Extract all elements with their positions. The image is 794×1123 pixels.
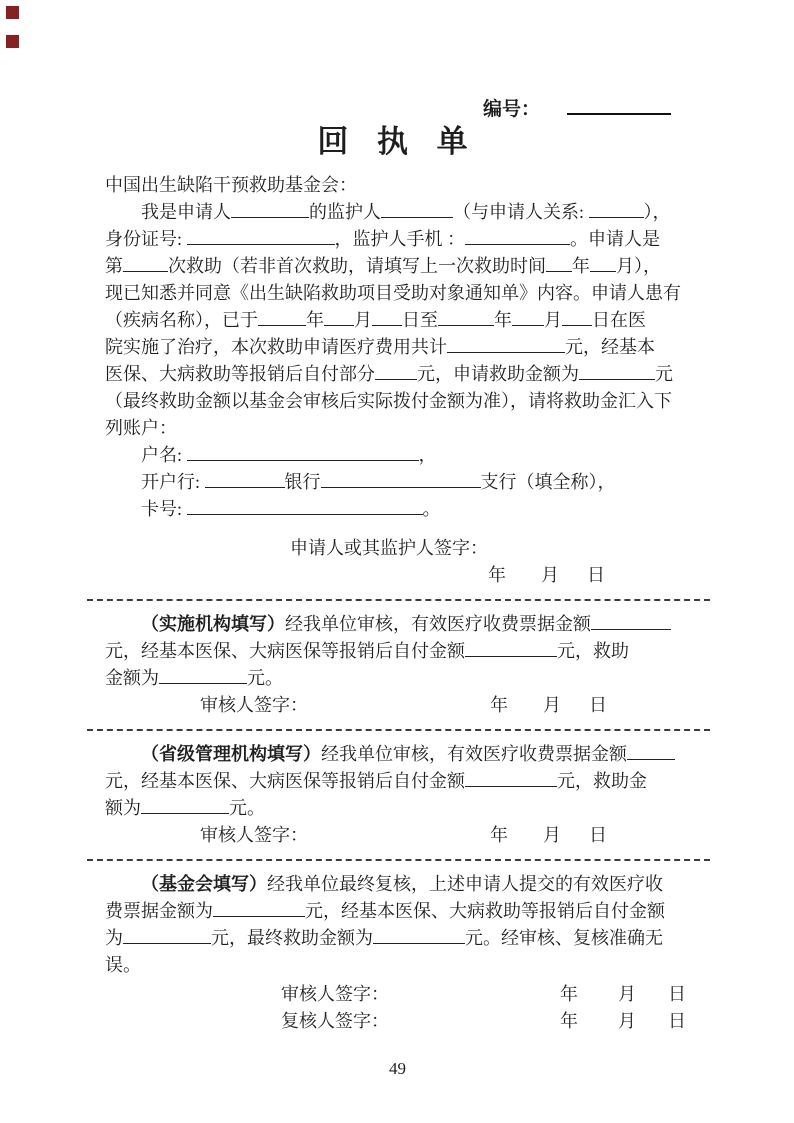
reviewer-signature-label[interactable]: 审核人签字：	[281, 981, 389, 1008]
form-line: 开户行: 银行支行（填全称），	[105, 469, 690, 496]
year-label: 年	[560, 1008, 578, 1035]
text-segment: 次救助（若非首次救助，请填写上一次救助时间	[168, 256, 546, 276]
form-line: 现已知悉并同意《出生缺陷救助项目受助对象通知单》内容。申请人患有	[105, 280, 690, 307]
day-label: 日	[589, 822, 607, 849]
month-label: 月	[618, 1008, 636, 1035]
blank-field[interactable]	[187, 498, 423, 515]
rechecker-signature-label[interactable]: 复核人签字：	[281, 1008, 389, 1035]
text-segment: 经我单位审核，有效医疗收费票据金额	[285, 614, 591, 634]
form-line: （疾病名称），已于年月日至年月日在医	[105, 307, 690, 334]
form-line: 金额为元。	[105, 665, 690, 692]
text-segment: 经我单位最终复核，上述申请人提交的有效医疗收	[267, 874, 663, 894]
text-segment: 年	[572, 256, 590, 276]
blank-field[interactable]	[213, 900, 305, 917]
form-line: 身份证号: ，监护人手机 ：。申请人是	[105, 226, 690, 253]
year-label: 年	[490, 822, 508, 849]
red-marker	[6, 35, 19, 48]
year-label: 年	[488, 562, 506, 589]
blank-field[interactable]	[141, 797, 229, 814]
text-segment: 元，救助	[557, 641, 629, 661]
blank-field[interactable]	[187, 444, 419, 461]
day-label: 日	[668, 1008, 686, 1035]
text-segment: 。	[423, 499, 441, 519]
blank-field[interactable]	[187, 228, 335, 245]
text-segment: 年	[306, 310, 324, 330]
implementing-org-paragraph: （实施机构填写）经我单位审核，有效医疗收费票据金额元，经基本医保、大病医保等报销…	[105, 611, 690, 692]
blank-field[interactable]	[321, 471, 481, 488]
red-marker	[6, 6, 19, 19]
text-segment: 元。	[247, 668, 283, 688]
text-segment: 元，申请救助金额为	[417, 364, 579, 384]
text-segment: 日在医	[592, 310, 646, 330]
reviewer-signature-label[interactable]: 审核人签字：	[200, 822, 308, 849]
text-segment: 现已知悉并同意《出生缺陷救助项目受助对象通知单》内容。申请人患有	[105, 283, 681, 303]
province-reviewer-signature-row: 审核人签字： 年 月 日	[105, 822, 690, 849]
serial-number-row: 编号：	[105, 94, 690, 122]
text-segment: 元。经审核、复核准确无	[465, 928, 663, 948]
text-segment: 金额为	[105, 668, 159, 688]
form-line: （基金会填写）经我单位最终复核，上述申请人提交的有效医疗收	[105, 871, 690, 898]
day-label: 日	[589, 692, 607, 719]
text-segment: 元，经基本医保、大病救助等报销后自付金额	[305, 901, 665, 921]
text-segment: 户名:	[141, 445, 187, 465]
blank-field[interactable]	[375, 363, 417, 380]
text-segment: 我是申请人	[141, 202, 231, 222]
blank-field[interactable]	[465, 770, 557, 787]
serial-number-field[interactable]	[567, 113, 671, 115]
dashed-separator	[87, 859, 710, 861]
blank-field[interactable]	[589, 201, 644, 218]
form-line: 误。	[105, 952, 690, 979]
text-segment: 列账户：	[105, 418, 177, 438]
text-segment: 误。	[105, 955, 141, 975]
foundation-reviewer-signature-row: 审核人签字： 年 月 日	[105, 981, 690, 1008]
text-segment: （省级管理机构填写）	[141, 744, 321, 764]
text-segment: 卡号:	[141, 499, 187, 519]
form-line: 元，经基本医保、大病医保等报销后自付金额元，救助	[105, 638, 690, 665]
text-segment: 医保、大病救助等报销后自付部分	[105, 364, 375, 384]
form-line: 卡号: 。	[105, 496, 690, 523]
text-segment: 支行（填全称），	[481, 472, 616, 492]
blank-field[interactable]	[512, 309, 544, 326]
text-segment: 费票据金额为	[105, 901, 213, 921]
foundation-rechecker-signature-row: 复核人签字： 年 月 日	[105, 1008, 690, 1035]
blank-field[interactable]	[590, 255, 616, 272]
text-segment: 开户行:	[141, 472, 205, 492]
dashed-separator	[87, 599, 710, 601]
form-line: 为元，最终救助金额为元。经审核、复核准确无	[105, 925, 690, 952]
year-label: 年	[490, 692, 508, 719]
blank-field[interactable]	[258, 309, 306, 326]
text-segment: （与申请人关系:	[453, 202, 589, 222]
applicant-signature-date-row: 年 月 日	[105, 562, 690, 589]
blank-field[interactable]	[205, 471, 285, 488]
form-line: （省级管理机构填写）经我单位审核，有效医疗收费票据金额	[105, 741, 690, 768]
form-line: 列账户：	[105, 415, 690, 442]
blank-field[interactable]	[373, 927, 465, 944]
blank-field[interactable]	[447, 336, 565, 353]
page-number: 49	[105, 1059, 690, 1079]
blank-field[interactable]	[465, 640, 557, 657]
form-line: 额为元。	[105, 795, 690, 822]
form-line: 中国出生缺陷干预救助基金会：	[105, 172, 690, 199]
form-line: （最终救助金额以基金会审核后实际拨付金额为准），请将救助金汇入下	[105, 388, 690, 415]
form-line: 我是申请人的监护人（与申请人关系: ），	[105, 199, 690, 226]
text-segment: 元，救助金	[557, 771, 647, 791]
blank-field[interactable]	[562, 309, 592, 326]
text-segment: 。申请人是	[570, 229, 660, 249]
text-segment: （基金会填写）	[141, 874, 267, 894]
text-segment: ），	[644, 202, 671, 222]
day-label: 日	[587, 562, 605, 589]
text-segment: 元，经基本	[565, 337, 655, 357]
text-segment: 月	[354, 310, 372, 330]
org-reviewer-signature-row: 审核人签字： 年 月 日	[105, 692, 690, 719]
text-segment: 元，经基本医保、大病医保等报销后自付金额	[105, 641, 465, 661]
month-label: 月	[543, 692, 561, 719]
text-segment: （疾病名称），已于	[105, 310, 258, 330]
blank-field[interactable]	[159, 667, 247, 684]
text-segment: （最终救助金额以基金会审核后实际拨付金额为准），请将救助金汇入下	[105, 391, 672, 411]
text-segment: 元	[655, 364, 673, 384]
applicant-paragraph: 中国出生缺陷干预救助基金会：我是申请人的监护人（与申请人关系: ），身份证号: …	[105, 172, 690, 523]
year-label: 年	[560, 981, 578, 1008]
form-line: 院实施了治疗，本次救助申请医疗费用共计元，经基本	[105, 334, 690, 361]
text-segment: 月	[544, 310, 562, 330]
text-segment: 院实施了治疗，本次救助申请医疗费用共计	[105, 337, 447, 357]
form-line: 户名: ，	[105, 442, 690, 469]
text-segment: 月），	[616, 256, 661, 276]
blank-field[interactable]	[438, 309, 494, 326]
text-segment: 经我单位审核，有效医疗收费票据金额	[321, 744, 627, 764]
form-line: 费票据金额为元，经基本医保、大病救助等报销后自付金额	[105, 898, 690, 925]
foundation-paragraph: （基金会填写）经我单位最终复核，上述申请人提交的有效医疗收费票据金额为元，经基本…	[105, 871, 690, 979]
reviewer-signature-label[interactable]: 审核人签字：	[200, 692, 308, 719]
text-segment: （实施机构填写）	[141, 614, 285, 634]
document-content: 编号： 回 执 单 中国出生缺陷干预救助基金会：我是申请人的监护人（与申请人关系…	[105, 94, 690, 1079]
day-label: 日	[668, 981, 686, 1008]
form-line: 第次救助（若非首次救助，请填写上一次救助时间年月），	[105, 253, 690, 280]
blank-field[interactable]	[372, 309, 402, 326]
text-segment: 额为	[105, 798, 141, 818]
blank-field[interactable]	[546, 255, 572, 272]
month-label: 月	[618, 981, 636, 1008]
month-label: 月	[543, 822, 561, 849]
blank-field[interactable]	[591, 613, 671, 630]
text-segment: 的监护人	[309, 202, 381, 222]
blank-field[interactable]	[324, 309, 354, 326]
month-label: 月	[541, 562, 559, 589]
form-line: 医保、大病救助等报销后自付部分元，申请救助金额为元	[105, 361, 690, 388]
page-title: 回 执 单	[105, 122, 690, 162]
dashed-separator	[87, 729, 710, 731]
text-segment: 身份证号:	[105, 229, 187, 249]
text-segment: 元，最终救助金额为	[211, 928, 373, 948]
text-segment: ，监护人手机 ：	[335, 229, 466, 249]
form-line: 元，经基本医保、大病医保等报销后自付金额元，救助金	[105, 768, 690, 795]
applicant-signature-row: 申请人或其监护人签字：	[105, 535, 690, 562]
blank-field[interactable]	[123, 927, 211, 944]
province-admin-paragraph: （省级管理机构填写）经我单位审核，有效医疗收费票据金额 元，经基本医保、大病医保…	[105, 741, 690, 822]
text-segment: 银行	[285, 472, 321, 492]
text-segment: 元，经基本医保、大病医保等报销后自付金额	[105, 771, 465, 791]
text-segment: 中国出生缺陷干预救助基金会：	[105, 175, 357, 195]
blank-field[interactable]	[465, 228, 570, 245]
document-page: 编号： 回 执 单 中国出生缺陷干预救助基金会：我是申请人的监护人（与申请人关系…	[0, 0, 794, 1123]
form-line: （实施机构填写）经我单位审核，有效医疗收费票据金额	[105, 611, 690, 638]
text-segment: ，	[419, 445, 437, 465]
text-segment: 第	[105, 256, 123, 276]
blank-field[interactable]	[579, 363, 655, 380]
text-segment: 年	[494, 310, 512, 330]
text-segment: 元。	[229, 798, 265, 818]
text-segment: 日至	[402, 310, 438, 330]
applicant-signature-label[interactable]: 申请人或其监护人签字：	[290, 535, 488, 562]
blank-field[interactable]	[123, 255, 168, 272]
blank-field[interactable]	[627, 743, 675, 760]
blank-field[interactable]	[231, 201, 309, 218]
blank-field[interactable]	[381, 201, 453, 218]
serial-number-label: 编号：	[483, 94, 540, 121]
text-segment: 为	[105, 928, 123, 948]
